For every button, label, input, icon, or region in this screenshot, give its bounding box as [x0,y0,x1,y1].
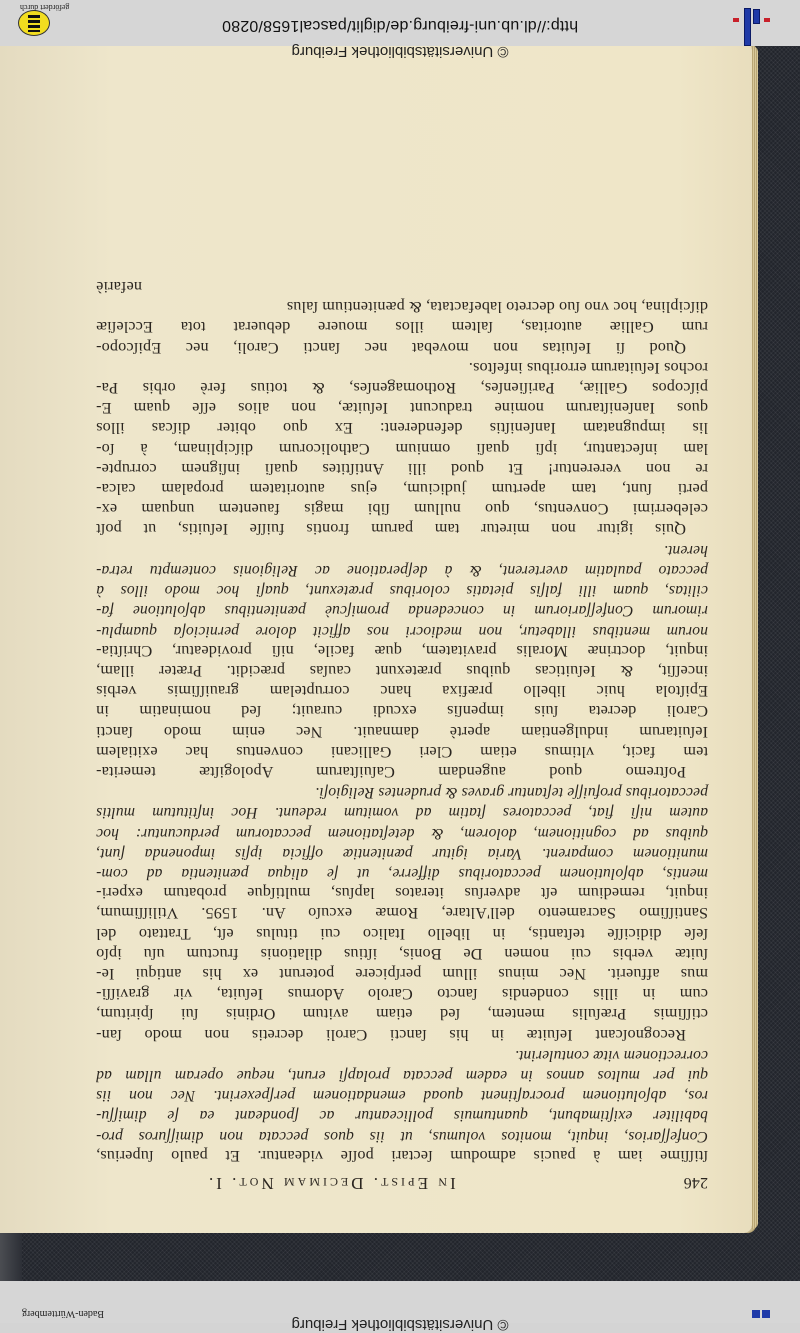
text-line: babiliter exiſtimabunt, quantumuis polli… [96,1105,708,1125]
text-line: inceſſit, & Ieſuiticas quibus prætexunt … [96,661,708,681]
text-line: Epiſtola huic libello præfixa hanc corru… [96,681,708,701]
text-line: tem facit, vltimus etiam Cleri Gallicani… [96,742,708,762]
text-line: ſuitæ verbis cui nomen De Bonis, iſtius … [96,944,708,964]
sponsor-name: Baden-Württemberg [22,1308,104,1319]
text-line: herent. [96,540,708,560]
text-line: cilitas, quam illi falſis pietatis color… [96,580,708,600]
text-line: Caroli decreta ſuis impenſis excudi cura… [96,701,708,721]
header-band: © Universitätsbibliothek Freiburg Baden-… [0,1281,800,1323]
rotated-viewer-frame: © Universitätsbibliothek Freiburg Baden-… [0,0,800,1323]
text-line: Ieſuitarum indulgentiam apertè damnauit.… [96,721,708,741]
running-head: 246 In Epist. Decimam Not. I. [96,1172,708,1193]
text-line: Quis igitur non miretur tam parum fronti… [96,519,708,539]
text-line: norum mentibus illabetur, non mediocri n… [96,620,708,640]
text-line: Poſtremo quod augendam Caſuiſtarum Apolo… [96,762,708,782]
text-line: celeberrimi Conventus, quo nullum ſibi m… [96,499,708,519]
text-line: rum Galliæ autoritas, ſaltem illos mouer… [96,317,708,337]
text-line: qui per multos annos in eadem peccata pr… [96,1065,708,1085]
text-line: lam inſectantur, ipſi quaſi omnium Catho… [96,438,708,458]
baden-wuerttemberg-crest-icon [18,10,50,36]
text-line: ſtiſſime iam à paucis admodum ſectari po… [96,1146,708,1166]
sponsor-label: gefördert durch [20,3,70,12]
text-line: piſcopos Galliæ, Pariſienſes, Rothomagen… [96,378,708,398]
scan-viewport: 246 In Epist. Decimam Not. I. ſtiſſime i… [0,46,800,1281]
copyright-text-bottom: © Universitätsbibliothek Freiburg [0,43,800,60]
text-line: mentis, abſolutionem peccatoribus differ… [96,863,708,883]
text-line: ros, abſolutionem procraſtinent quoad em… [96,1085,708,1105]
copyright-text-top: © Universitätsbibliothek Freiburg [0,1316,800,1323]
page-text-block: 246 In Epist. Decimam Not. I. ſtiſſime i… [96,277,708,1193]
text-line: Recognoſcant Ieſuitæ in his ſancti Carol… [96,1024,708,1044]
text-line: inquit, remedium eſt adverſus iteratos l… [96,883,708,903]
text-lines: ſtiſſime iam à paucis admodum ſectari po… [96,297,708,1166]
text-line: cum in illis condendis ſancto Carolo Ado… [96,984,708,1004]
text-line: munitionem comparent. Varia igitur pænit… [96,843,708,863]
text-line: quos Ianſeniſtarum nomine traducunt Ieſu… [96,398,708,418]
text-line: re non vererentur! Et quod illi Antiſtit… [96,459,708,479]
text-line: rimorum Confeſſariorum in concedenda pro… [96,600,708,620]
catchword: nefariè [96,277,708,297]
text-line: Quod ſi Ieſuitas non movebat nec ſancti … [96,337,708,357]
text-line: Confeſſarios, inquit, monitos volumus, u… [96,1125,708,1145]
text-line: peccatoribus profuiſſe teſtantur graves … [96,782,708,802]
page-number: 246 [684,1172,708,1192]
permalink-url[interactable]: http://dl.ub.uni-freiburg.de/diglit/pasc… [0,16,800,34]
text-line: peccato paulatim averterent, & à deſpera… [96,560,708,580]
footer-band: http://dl.ub.uni-freiburg.de/diglit/pasc… [0,0,800,46]
text-line: lis impugnatam Ianſeniſtis defenderent: … [96,418,708,438]
text-line: Santiſſimo Sacramento dell'Altare, Romæ … [96,903,708,923]
page-edge [752,46,758,1229]
book-page: 246 In Epist. Decimam Not. I. ſtiſſime i… [0,42,752,1233]
text-line: diſciplina, hoc vno ſuo decreto labefact… [96,297,708,317]
text-line: ctiſſimis Præſulis mentem, ſed etiam avi… [96,1004,708,1024]
text-line: inquit, doctrinæ Moralis pravitatem, quæ… [96,641,708,661]
text-line: quibus ad cognitionem, dolorem, & deteſt… [96,822,708,842]
text-line: perti ſunt, tam apertum judicium, ejus a… [96,479,708,499]
text-line: correctionem vitæ contulerint. [96,1045,708,1065]
text-line: mus affuerit. Nec minus illum perſpicere… [96,964,708,984]
text-line: rochos Ieſuitarum erroribus infeſtos. [96,358,708,378]
text-line: autem niſi fiat, peccatores ſtatim ad vo… [96,802,708,822]
text-line: ſeſe didiciſſe teſtantis, in libello Ita… [96,923,708,943]
running-head-title: In Epist. Decimam Not. I. [206,1173,456,1193]
